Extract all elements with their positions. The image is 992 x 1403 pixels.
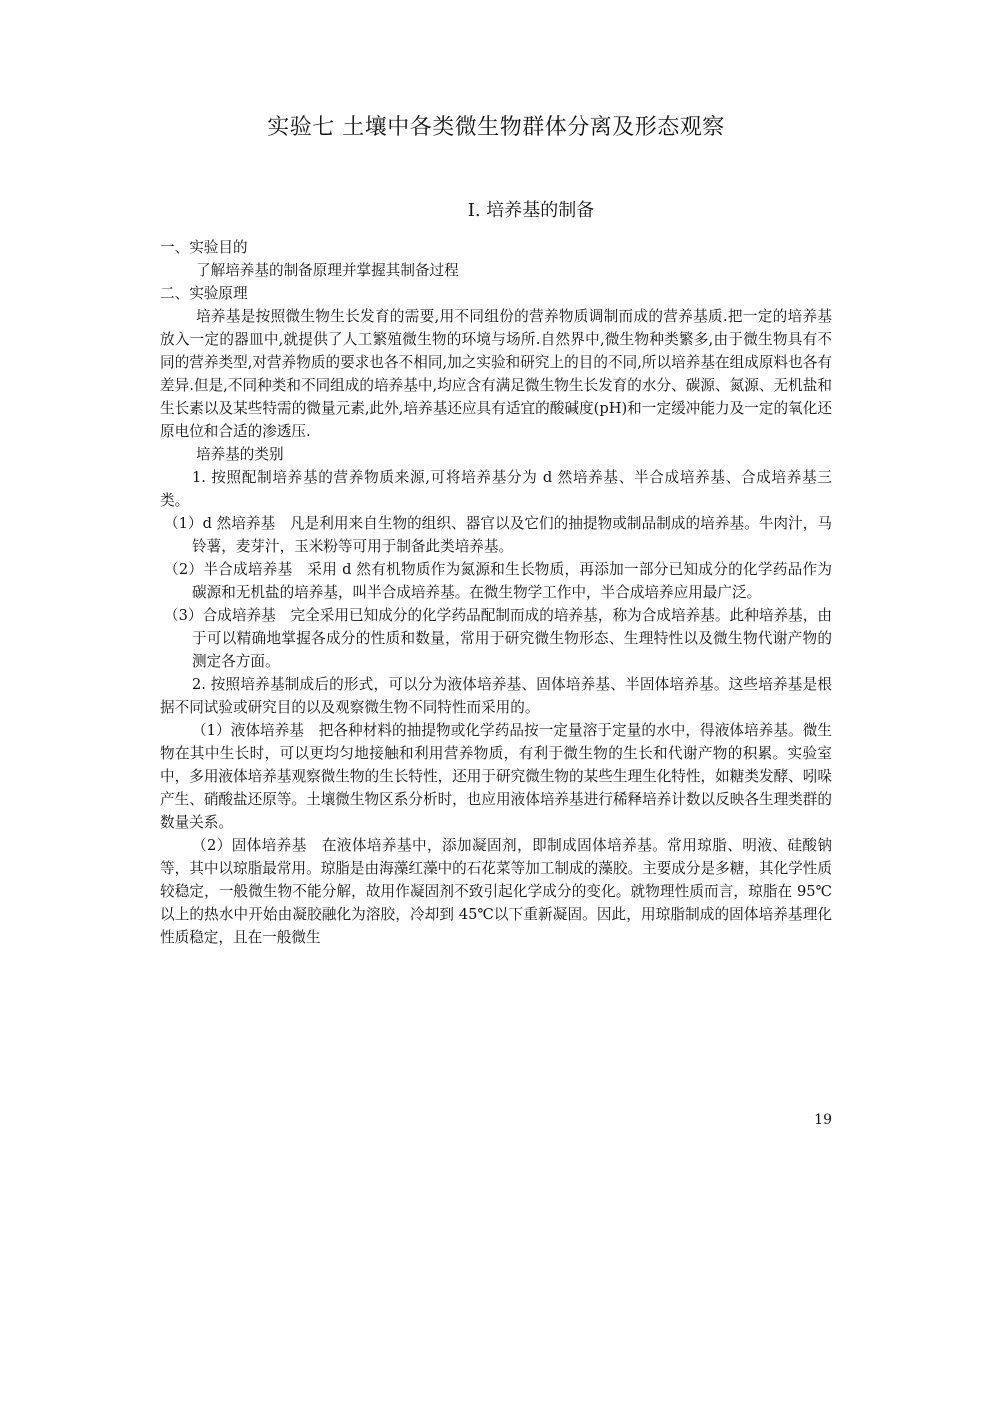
item-label: （2）固体培养基 [192, 837, 307, 854]
heading-purpose: 一、实验目的 [160, 236, 832, 259]
item-label: （1）液体培养基 [192, 722, 304, 739]
category1-intro: 1. 按照配制培养基的营养物质来源,可将培养基分为 d 然培养基、半合成培养基、… [160, 466, 832, 512]
item-label: （2）半合成培养基 [164, 561, 293, 578]
category1-item-semisynthetic: （2）半合成培养基 采用 d 然有机物质作为氮源和生长物质，再添加一部分已知成分… [160, 558, 832, 604]
categories-heading: 培养基的类别 [160, 443, 832, 466]
category2-item-solid: （2）固体培养基 在液体培养基中，添加凝固剂，即制成固体培养基。常用琼脂、明液、… [160, 834, 832, 949]
purpose-text: 了解培养基的制备原理并掌握其制备过程 [160, 259, 832, 282]
document-title: 实验七 土壤中各类微生物群体分离及形态观察 [160, 113, 832, 143]
category1-item-natural: （1）d 然培养基 凡是利用来自生物的组织、器官以及它们的抽提物或制品制成的培养… [160, 512, 832, 558]
category1-item-synthetic: （3）合成培养基 完全采用已知成分的化学药品配制而成的培养基，称为合成培养基。此… [160, 604, 832, 673]
principle-paragraph: 培养基是按照微生物生长发育的需要,用不同组份的营养物质调制而成的营养基质.把一定… [160, 305, 832, 443]
page-number: 19 [160, 1112, 832, 1128]
item-label: （1）d 然培养基 [164, 515, 275, 532]
section-title: Ⅰ. 培养基的制备 [160, 198, 832, 224]
document-body: 一、实验目的 了解培养基的制备原理并掌握其制备过程 二、实验原理 培养基是按照微… [160, 236, 832, 949]
item-label: （3）合成培养基 [164, 607, 276, 624]
heading-principle: 二、实验原理 [160, 282, 832, 305]
category2-intro: 2. 按照培养基制成后的形式，可以分为液体培养基、固体培养基、半固体培养基。这些… [160, 673, 832, 719]
category2-item-liquid: （1）液体培养基 把各种材料的抽提物或化学药品按一定量溶于定量的水中，得液体培养… [160, 719, 832, 834]
